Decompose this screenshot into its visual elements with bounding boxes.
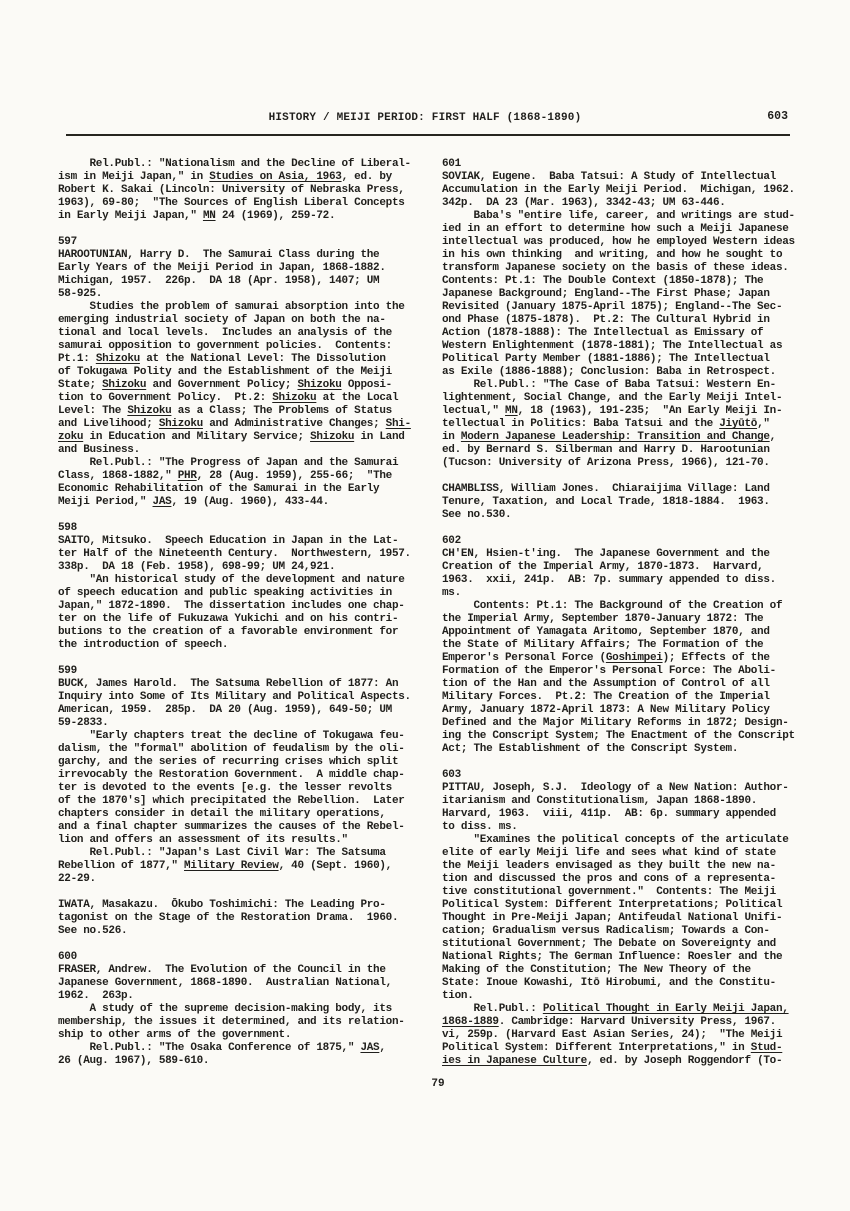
text-line: zoku in Education and Military Service; …: [58, 431, 443, 444]
text-line: in Modern Japanese Leadership: Transitio…: [442, 431, 827, 444]
text-line: Political System: Different Interpretati…: [442, 1042, 827, 1055]
entry-601: 601SOVIAK, Eugene. Baba Tatsui: A Study …: [442, 158, 827, 470]
text-line: See no.526.: [58, 925, 443, 938]
text-line: Inquiry into Some of Its Military and Po…: [58, 691, 443, 704]
text-line: Act; The Establishment of the Conscript …: [442, 743, 827, 756]
text-line: tion.: [442, 990, 827, 1003]
entry-603: 603PITTAU, Joseph, S.J. Ideology of a Ne…: [442, 769, 827, 1068]
text-line: Defined and the Major Military Reforms i…: [442, 717, 827, 730]
text-line: Baba's "entire life, career, and writing…: [442, 210, 827, 223]
text-line: Rel.Publ.: "The Progress of Japan and th…: [58, 457, 443, 470]
text-line: the Imperial Army, September 1870-Januar…: [442, 613, 827, 626]
text-line: butions to the creation of a favorable e…: [58, 626, 443, 639]
text-line: ied in an effort to determine how such a…: [442, 223, 827, 236]
entry-597: 597HAROOTUNIAN, Harry D. The Samurai Cla…: [58, 236, 443, 509]
text-line: tellectual in Politics: Baba Tatsui and …: [442, 418, 827, 431]
text-line: CH'EN, Hsien-t'ing. The Japanese Governm…: [442, 548, 827, 561]
text-line: (Tucson: University of Arizona Press, 19…: [442, 457, 827, 470]
text-line: Accumulation in the Early Meiji Period. …: [442, 184, 827, 197]
text-line: "Early chapters treat the decline of Tok…: [58, 730, 443, 743]
text-line: Formation of the Emperor's Personal Forc…: [442, 665, 827, 678]
text-line: 338p. DA 18 (Feb. 1958), 698-99; UM 24,9…: [58, 561, 443, 574]
text-line: in Early Meiji Japan," MN 24 (1969), 259…: [58, 210, 443, 223]
entry-602: 602CH'EN, Hsien-t'ing. The Japanese Gove…: [442, 535, 827, 756]
text-line: 1962. 263p.: [58, 990, 443, 1003]
text-line: cation; Gradualism versus Radicalism; To…: [442, 925, 827, 938]
text-line: of speech education and public speaking …: [58, 587, 443, 600]
text-line: Robert K. Sakai (Lincoln: University of …: [58, 184, 443, 197]
text-line: Pt.1: Shizoku at the National Level: The…: [58, 353, 443, 366]
text-line: of the 1870's] which precipitated the Re…: [58, 795, 443, 808]
text-line: "Examines the political concepts of the …: [442, 834, 827, 847]
text-line: Rebellion of 1877," Military Review, 40 …: [58, 860, 443, 873]
text-line: Emperor's Personal Force (Goshimpei); Ef…: [442, 652, 827, 665]
text-line: See no.530.: [442, 509, 827, 522]
text-line: Rel.Publ.: "The Osaka Conference of 1875…: [58, 1042, 443, 1055]
text-line: 1963), 69-80; "The Sources of English Li…: [58, 197, 443, 210]
text-line: 342p. DA 23 (Mar. 1963), 3342-43; UM 63-…: [442, 197, 827, 210]
text-line: Army, January 1872-April 1873: A New Mil…: [442, 704, 827, 717]
text-line: FRASER, Andrew. The Evolution of the Cou…: [58, 964, 443, 977]
text-line: National Rights; The German Influence: R…: [442, 951, 827, 964]
text-line: ed. by Bernard S. Silberman and Harry D.…: [442, 444, 827, 457]
text-line: lion and offers an assessment of its res…: [58, 834, 443, 847]
left-column: Rel.Publ.: "Nationalism and the Decline …: [58, 158, 443, 1068]
header-rule: [66, 134, 790, 136]
text-line: 601: [442, 158, 827, 171]
text-line: irrevocably the Restoration Government. …: [58, 769, 443, 782]
text-line: Meiji Period," JAS, 19 (Aug. 1960), 433-…: [58, 496, 443, 509]
text-line: membership, the issues it determined, an…: [58, 1016, 443, 1029]
text-line: A study of the supreme decision-making b…: [58, 1003, 443, 1016]
text-line: as Exile (1886-1888); Conclusion: Baba i…: [442, 366, 827, 379]
text-line: American, 1959. 285p. DA 20 (Aug. 1959),…: [58, 704, 443, 717]
text-line: Making of the Constitution; The New Theo…: [442, 964, 827, 977]
text-line: to diss. ms.: [442, 821, 827, 834]
cross-reference-iwata: IWATA, Masakazu. Ōkubo Toshimichi: The L…: [58, 899, 443, 938]
text-line: Rel.Publ.: "Nationalism and the Decline …: [58, 158, 443, 171]
text-line: Tenure, Taxation, and Local Trade, 1818-…: [442, 496, 827, 509]
text-line: 59-2833.: [58, 717, 443, 730]
text-line: Western Enlightenment (1878-1881); The I…: [442, 340, 827, 353]
text-line: and a final chapter summarizes the cause…: [58, 821, 443, 834]
text-line: garchy, and the series of recurring cris…: [58, 756, 443, 769]
text-line: SOVIAK, Eugene. Baba Tatsui: A Study of …: [442, 171, 827, 184]
text-line: ond Phase (1875-1878). Pt.2: The Cultura…: [442, 314, 827, 327]
text-line: 597: [58, 236, 443, 249]
text-line: elite of early Meiji life and sees what …: [442, 847, 827, 860]
text-line: lightenment, Social Change, and the Earl…: [442, 392, 827, 405]
text-line: SAITO, Mitsuko. Speech Education in Japa…: [58, 535, 443, 548]
text-line: samurai opposition to government policie…: [58, 340, 443, 353]
footer-page-number: 79: [431, 1078, 444, 1090]
continuation-previous-entry: Rel.Publ.: "Nationalism and the Decline …: [58, 158, 443, 223]
text-line: Rel.Publ.: Political Thought in Early Me…: [442, 1003, 827, 1016]
text-line: Contents: Pt.1: The Background of the Cr…: [442, 600, 827, 613]
text-line: 599: [58, 665, 443, 678]
running-header-title: HISTORY / MEIJI PERIOD: FIRST HALF (1868…: [0, 112, 850, 124]
text-line: ing the Conscript System; The Enactment …: [442, 730, 827, 743]
scanned-bibliography-page: HISTORY / MEIJI PERIOD: FIRST HALF (1868…: [0, 0, 850, 1211]
text-line: ter Half of the Nineteenth Century. Nort…: [58, 548, 443, 561]
text-line: 600: [58, 951, 443, 964]
text-line: the State of Military Affairs; The Forma…: [442, 639, 827, 652]
text-line: itarianism and Constitutionalism, Japan …: [442, 795, 827, 808]
text-line: 1963. xxii, 241p. AB: 7p. summary append…: [442, 574, 827, 587]
text-line: ism in Meiji Japan," in Studies on Asia,…: [58, 171, 443, 184]
text-line: ms.: [442, 587, 827, 600]
text-line: 602: [442, 535, 827, 548]
text-line: Class, 1868-1882," PHR, 28 (Aug. 1959), …: [58, 470, 443, 483]
text-line: Creation of the Imperial Army, 1870-1873…: [442, 561, 827, 574]
text-line: State; Shizoku and Government Policy; Sh…: [58, 379, 443, 392]
text-line: Military Forces. Pt.2: The Creation of t…: [442, 691, 827, 704]
text-line: Political Party Member (1881-1886); The …: [442, 353, 827, 366]
text-line: tive constitutional government." Content…: [442, 886, 827, 899]
entry-598: 598SAITO, Mitsuko. Speech Education in J…: [58, 522, 443, 652]
text-line: tion and discussed the pros and cons of …: [442, 873, 827, 886]
text-line: ter on the life of Fukuzawa Yukichi and …: [58, 613, 443, 626]
text-line: Contents: Pt.1: The Double Context (1850…: [442, 275, 827, 288]
text-line: Action (1878-1888): The Intellectual as …: [442, 327, 827, 340]
text-line: 598: [58, 522, 443, 535]
text-line: 26 (Aug. 1967), 589-610.: [58, 1055, 443, 1068]
text-line: Economic Rehabilitation of the Samurai i…: [58, 483, 443, 496]
text-line: IWATA, Masakazu. Ōkubo Toshimichi: The L…: [58, 899, 443, 912]
text-line: emerging industrial society of Japan on …: [58, 314, 443, 327]
text-line: transform Japanese society on the basis …: [442, 262, 827, 275]
text-line: tion to Government Policy. Pt.2: Shizoku…: [58, 392, 443, 405]
header-page-number: 603: [767, 110, 788, 123]
text-line: 58-925.: [58, 288, 443, 301]
text-line: 22-29.: [58, 873, 443, 886]
text-line: "An historical study of the development …: [58, 574, 443, 587]
text-line: Japanese Background; England--The First …: [442, 288, 827, 301]
text-line: tional and local levels. Includes an ana…: [58, 327, 443, 340]
text-line: Michigan, 1957. 226p. DA 18 (Apr. 1958),…: [58, 275, 443, 288]
text-line: Thought in Pre-Meiji Japan; Antifeudal N…: [442, 912, 827, 925]
text-line: 1868-1889. Cambridge: Harvard University…: [442, 1016, 827, 1029]
entry-600: 600FRASER, Andrew. The Evolution of the …: [58, 951, 443, 1068]
text-line: and Business.: [58, 444, 443, 457]
text-line: tagonist on the Stage of the Restoration…: [58, 912, 443, 925]
text-line: stitutional Government; The Debate on So…: [442, 938, 827, 951]
text-line: 603: [442, 769, 827, 782]
cross-reference-chambliss: CHAMBLISS, William Jones. Chiaraijima Vi…: [442, 483, 827, 522]
text-line: Rel.Publ.: "Japan's Last Civil War: The …: [58, 847, 443, 860]
text-line: tion of the Han and the Assumption of Co…: [442, 678, 827, 691]
text-line: ter is devoted to the events [e.g. the l…: [58, 782, 443, 795]
text-line: chapters consider in detail the military…: [58, 808, 443, 821]
text-line: State: Inoue Kowashi, Itō Hirobumi, and …: [442, 977, 827, 990]
text-line: the introduction of speech.: [58, 639, 443, 652]
text-line: intellectual was produced, how he employ…: [442, 236, 827, 249]
text-line: HAROOTUNIAN, Harry D. The Samurai Class …: [58, 249, 443, 262]
text-line: the Meiji leaders envisaged as they buil…: [442, 860, 827, 873]
text-line: dalism, the "formal" abolition of feudal…: [58, 743, 443, 756]
text-line: Political System: Different Interpretati…: [442, 899, 827, 912]
text-line: PITTAU, Joseph, S.J. Ideology of a New N…: [442, 782, 827, 795]
text-line: CHAMBLISS, William Jones. Chiaraijima Vi…: [442, 483, 827, 496]
text-line: of Tokugawa Polity and the Establishment…: [58, 366, 443, 379]
text-line: vi, 259p. (Harvard East Asian Series, 24…: [442, 1029, 827, 1042]
text-line: ies in Japanese Culture, ed. by Joseph R…: [442, 1055, 827, 1068]
text-line: Revisited (January 1875-April 1875); Eng…: [442, 301, 827, 314]
text-line: in his own thinking and writing, and how…: [442, 249, 827, 262]
text-line: Early Years of the Meiji Period in Japan…: [58, 262, 443, 275]
text-line: Rel.Publ.: "The Case of Baba Tatsui: Wes…: [442, 379, 827, 392]
text-line: lectual," MN, 18 (1963), 191-235; "An Ea…: [442, 405, 827, 418]
entry-599: 599BUCK, James Harold. The Satsuma Rebel…: [58, 665, 443, 886]
text-line: ship to other arms of the government.: [58, 1029, 443, 1042]
text-line: Level: The Shizoku as a Class; The Probl…: [58, 405, 443, 418]
right-column: 601SOVIAK, Eugene. Baba Tatsui: A Study …: [442, 158, 827, 1068]
text-line: Harvard, 1963. viii, 411p. AB: 6p. summa…: [442, 808, 827, 821]
text-line: and Livelihood; Shizoku and Administrati…: [58, 418, 443, 431]
text-line: Studies the problem of samurai absorptio…: [58, 301, 443, 314]
text-line: Japanese Government, 1868-1890. Australi…: [58, 977, 443, 990]
text-line: Japan," 1872-1890. The dissertation incl…: [58, 600, 443, 613]
text-line: BUCK, James Harold. The Satsuma Rebellio…: [58, 678, 443, 691]
text-line: Appointment of Yamagata Aritomo, Septemb…: [442, 626, 827, 639]
